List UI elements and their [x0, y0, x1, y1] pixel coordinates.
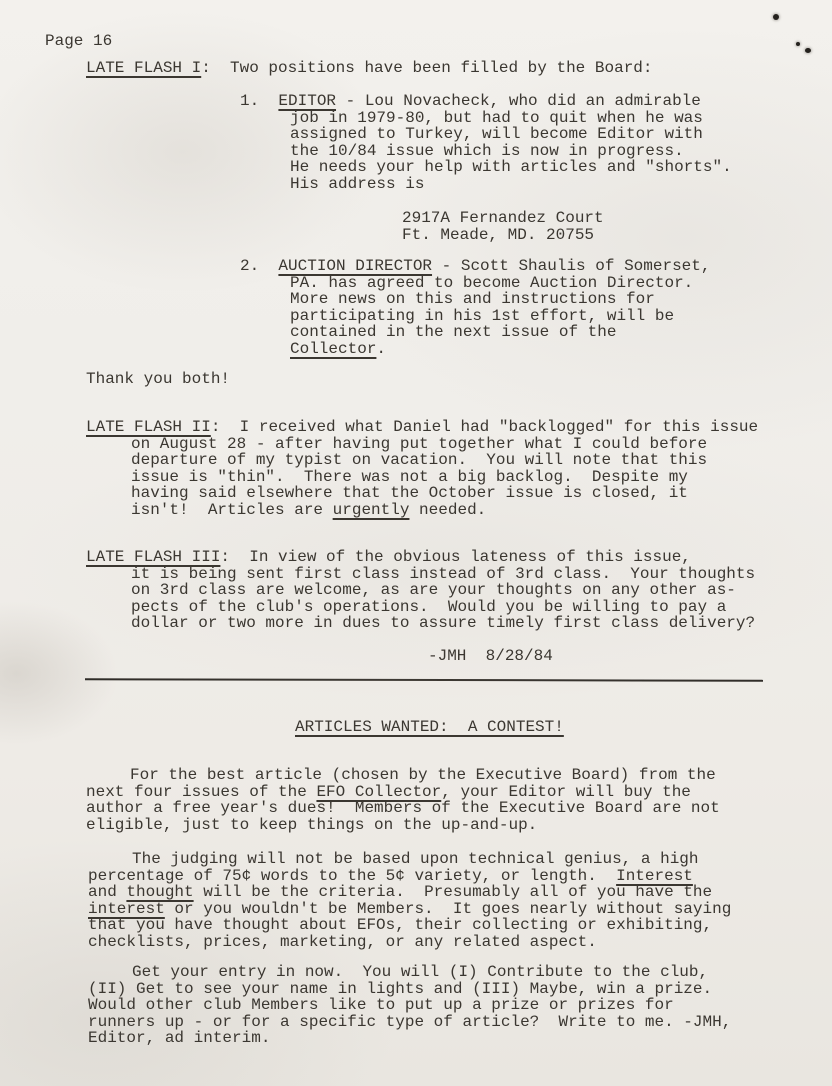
contest-paragraph-1: For the best article (chosen by the Exec… [86, 767, 720, 833]
contest-paragraph-3: Get your entry in now. You will (I) Cont… [88, 964, 731, 1047]
signature-date: -JMH 8/28/84 [428, 648, 553, 665]
editor-address: 2917A Fernandez CourtFt. Meade, MD. 2075… [402, 210, 604, 243]
auction-director-item: 2. AUCTION DIRECTOR - Scott Shaulis of S… [240, 258, 710, 358]
section-divider-rule [85, 678, 763, 682]
late-flash-3-paragraph: LATE FLASH III: In view of the obvious l… [86, 549, 755, 632]
ink-speck [805, 48, 811, 53]
page-number-label: Page 16 [45, 33, 112, 50]
ink-speck [773, 14, 779, 20]
editor-item: 1. EDITOR - Lou Novacheck, who did an ad… [240, 93, 732, 193]
contest-paragraph-2: The judging will not be based upon techn… [88, 851, 731, 951]
scanned-document-page: Page 16 LATE FLASH I: Two positions have… [0, 0, 832, 1086]
contest-heading: ARTICLES WANTED: A CONTEST! [295, 719, 564, 736]
ink-speck [796, 42, 800, 46]
late-flash-2-paragraph: LATE FLASH II: I received what Daniel ha… [86, 419, 758, 519]
thank-you-note: Thank you both! [86, 371, 230, 388]
late-flash-1-heading: LATE FLASH I: Two positions have been fi… [86, 60, 653, 77]
